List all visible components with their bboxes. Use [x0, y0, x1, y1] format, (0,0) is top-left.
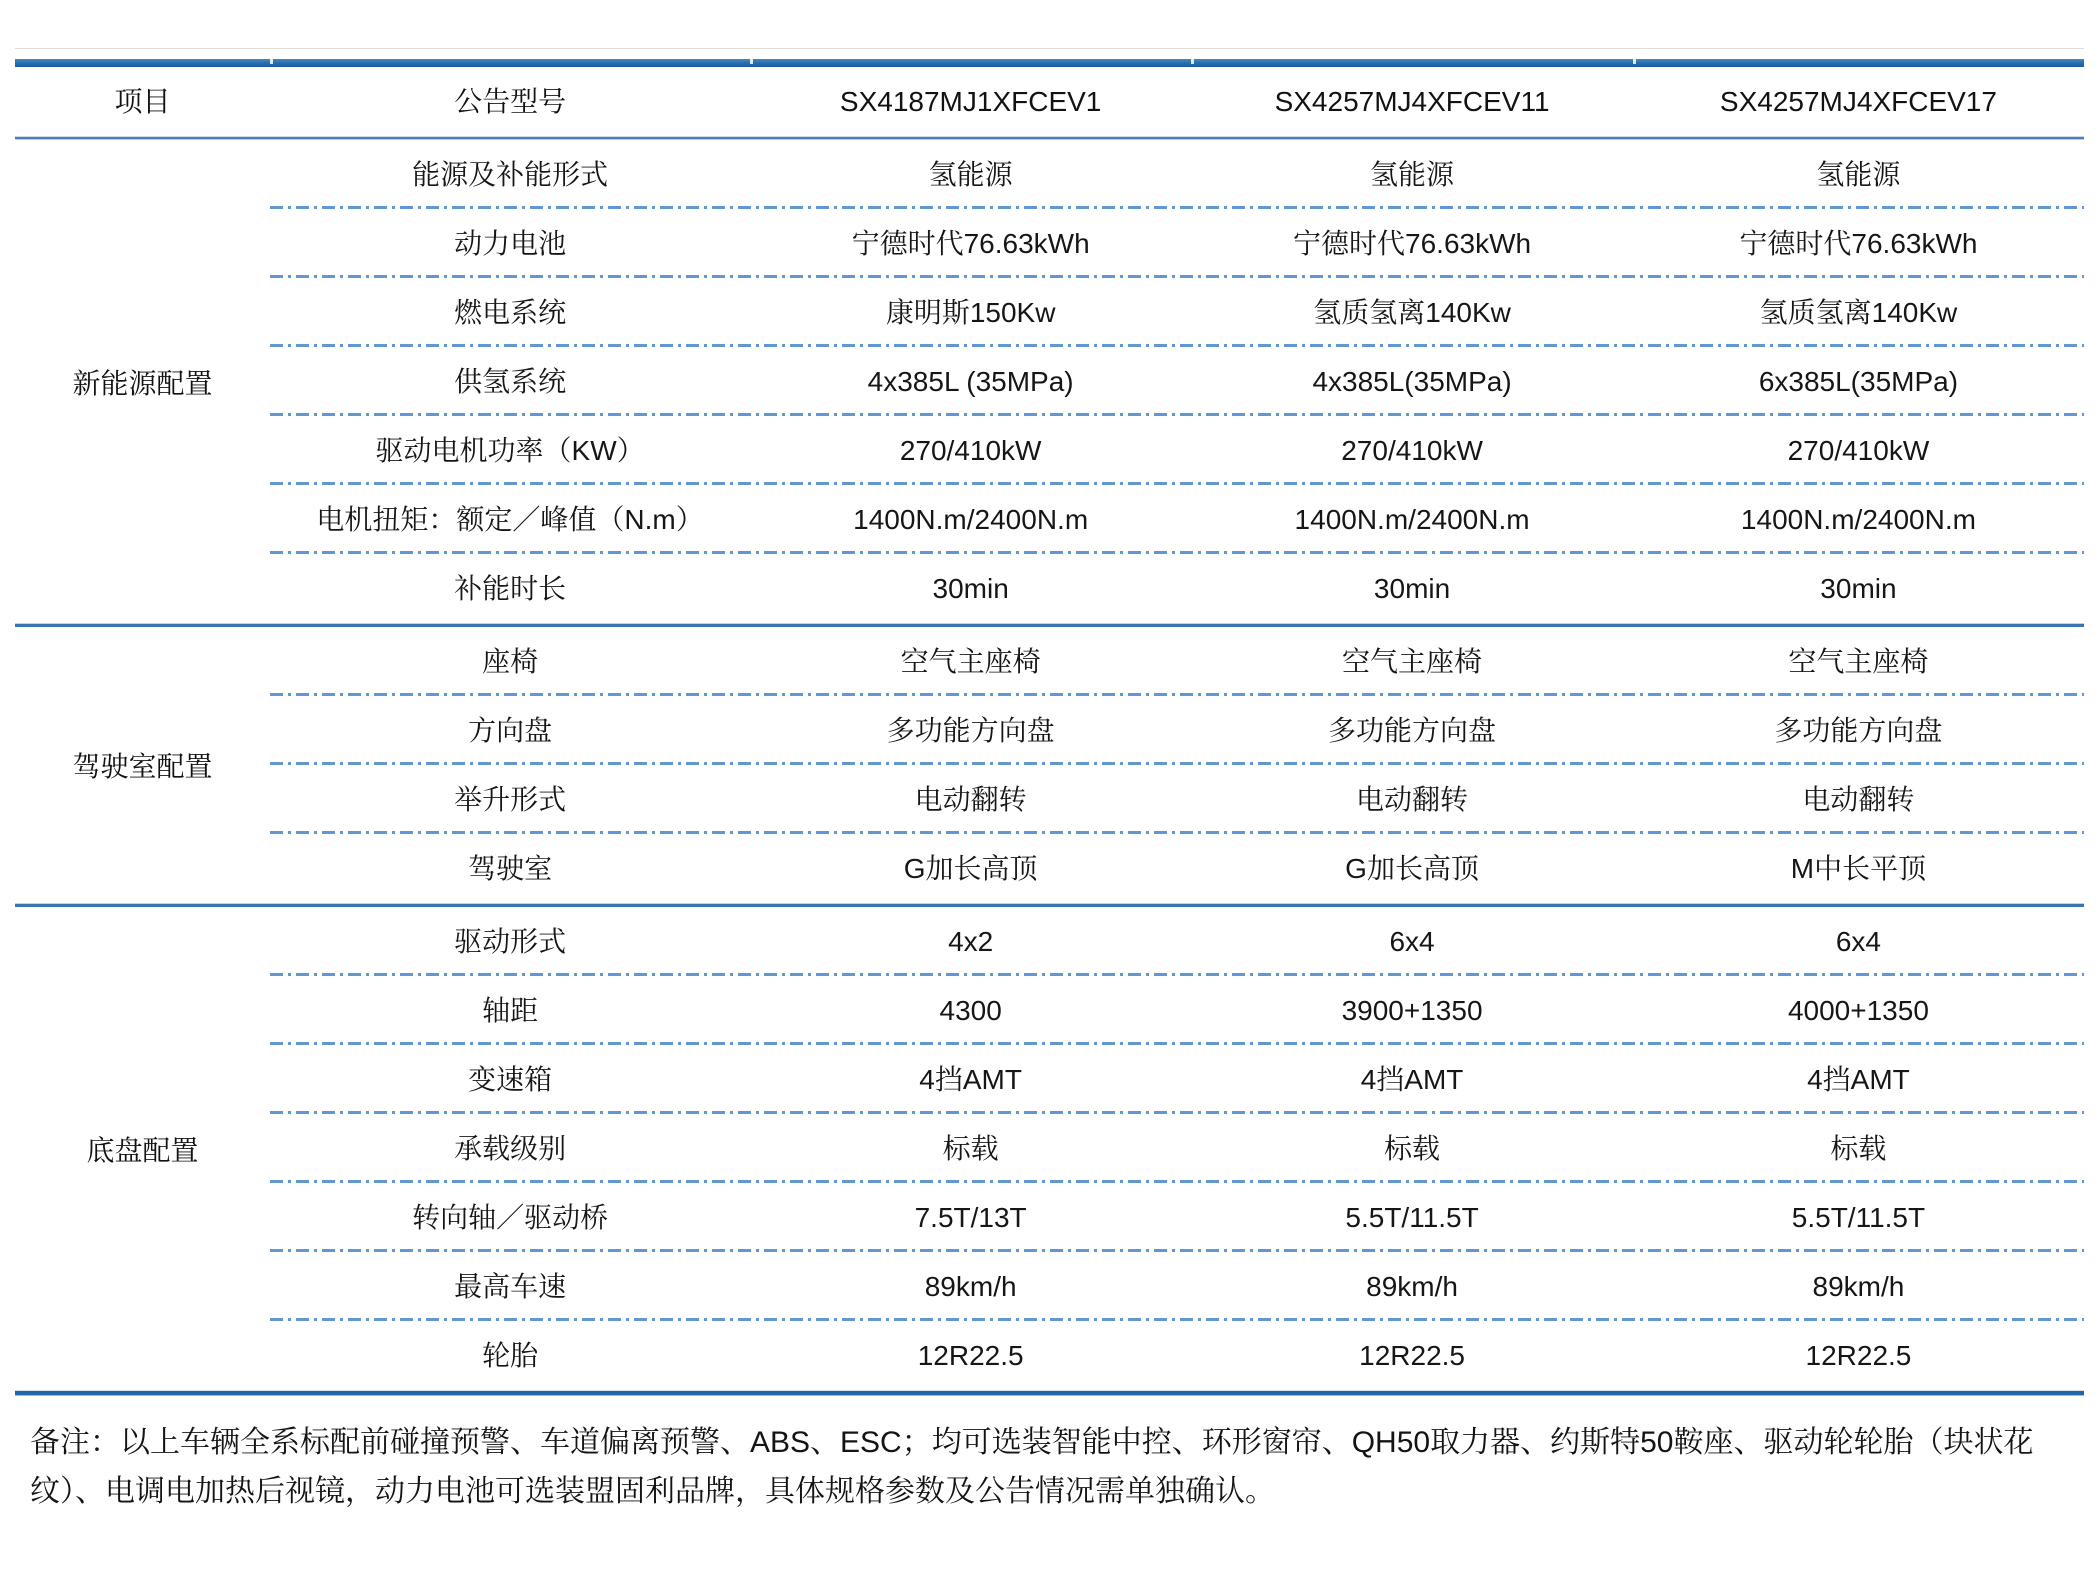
spec-value: 12R22.5 — [750, 1321, 1191, 1390]
spec-value: 30min — [1191, 554, 1633, 623]
spec-value: 4x385L (35MPa) — [750, 347, 1191, 416]
spec-value: 氢能源 — [1191, 140, 1633, 209]
spec-value: 氢质氢离140Kw — [1191, 278, 1633, 347]
spec-value: 标载 — [1633, 1114, 2084, 1183]
spec-value: 12R22.5 — [1191, 1321, 1633, 1390]
header-model-3: SX4257MJ4XFCEV17 — [1633, 67, 2084, 136]
spec-value: 宁德时代76.63kWh — [1191, 209, 1633, 278]
spec-row-label: 方向盘 — [270, 696, 750, 765]
spec-value: 空气主座椅 — [1633, 627, 2084, 696]
spec-row-label: 电机扭矩：额定／峰值（N.m） — [270, 485, 750, 554]
column-notch — [1191, 59, 1194, 64]
spec-value: 氢能源 — [1633, 140, 2084, 209]
spec-value: 电动翻转 — [750, 765, 1191, 834]
spec-value: 89km/h — [1633, 1252, 2084, 1321]
spec-row-label: 转向轴／驱动桥 — [270, 1183, 750, 1252]
header-item: 项目 — [15, 67, 270, 136]
spec-value: 电动翻转 — [1191, 765, 1633, 834]
spec-value: 4挡AMT — [1191, 1045, 1633, 1114]
spec-value: 5.5T/11.5T — [1633, 1183, 2084, 1252]
section-cab: 驾驶室配置 座椅空气主座椅空气主座椅空气主座椅方向盘多功能方向盘多功能方向盘多功… — [15, 627, 2084, 903]
spec-value: 270/410kW — [750, 416, 1191, 485]
spec-value: 4x2 — [750, 907, 1191, 976]
spec-value: 4挡AMT — [1633, 1045, 2084, 1114]
spec-value: 6x385L(35MPa) — [1633, 347, 2084, 416]
spec-value: 3900+1350 — [1191, 976, 1633, 1045]
spec-value: 6x4 — [1633, 907, 2084, 976]
spec-row-label: 承载级别 — [270, 1114, 750, 1183]
spec-value: 宁德时代76.63kWh — [1633, 209, 2084, 278]
spec-value: 270/410kW — [1633, 416, 2084, 485]
spec-row-label: 最高车速 — [270, 1252, 750, 1321]
section-chassis: 底盘配置 驱动形式4x26x46x4轴距43003900+13504000+13… — [15, 907, 2084, 1390]
spec-value: G加长高顶 — [750, 834, 1191, 903]
footnote: 备注：以上车辆全系标配前碰撞预警、车道偏离预警、ABS、ESC；均可选装智能中控… — [30, 1418, 2069, 1516]
spec-row-label: 变速箱 — [270, 1045, 750, 1114]
spec-value: 空气主座椅 — [1191, 627, 1633, 696]
header-model-1: SX4187MJ1XFCEV1 — [750, 67, 1191, 136]
spec-sheet-page: 项目 公告型号 SX4187MJ1XFCEV1 SX4257MJ4XFCEV11… — [0, 0, 2099, 1516]
spec-row-label: 驱动形式 — [270, 907, 750, 976]
spec-value: 4000+1350 — [1633, 976, 2084, 1045]
table-header-row: 项目 公告型号 SX4187MJ1XFCEV1 SX4257MJ4XFCEV11… — [15, 67, 2084, 136]
spec-value: 标载 — [750, 1114, 1191, 1183]
table-bottom-line — [15, 1390, 2084, 1396]
spec-row-label: 动力电池 — [270, 209, 750, 278]
section-label: 底盘配置 — [15, 907, 270, 1390]
table-top-bar — [15, 59, 2084, 67]
header-model-label: 公告型号 — [270, 67, 750, 136]
spec-value: 89km/h — [1191, 1252, 1633, 1321]
section-label: 驾驶室配置 — [15, 627, 270, 903]
spec-value: 康明斯150Kw — [750, 278, 1191, 347]
spec-value: 氢质氢离140Kw — [1633, 278, 2084, 347]
spec-value: 1400N.m/2400N.m — [1633, 485, 2084, 554]
spec-row-label: 补能时长 — [270, 554, 750, 623]
spec-value: 多功能方向盘 — [1633, 696, 2084, 765]
spec-value: 标载 — [1191, 1114, 1633, 1183]
header-model-2: SX4257MJ4XFCEV11 — [1191, 67, 1633, 136]
spec-value: 89km/h — [750, 1252, 1191, 1321]
spec-row-label: 轴距 — [270, 976, 750, 1045]
spec-row-label: 燃电系统 — [270, 278, 750, 347]
spec-value: G加长高顶 — [1191, 834, 1633, 903]
spec-row-label: 座椅 — [270, 627, 750, 696]
top-hairline — [15, 48, 2084, 49]
spec-value: 氢能源 — [750, 140, 1191, 209]
column-notch — [270, 59, 273, 64]
spec-row-label: 驱动电机功率（KW） — [270, 416, 750, 485]
spec-value: M中长平顶 — [1633, 834, 2084, 903]
spec-value: 5.5T/11.5T — [1191, 1183, 1633, 1252]
column-notch — [750, 59, 753, 64]
spec-value: 4x385L(35MPa) — [1191, 347, 1633, 416]
spec-value: 宁德时代76.63kWh — [750, 209, 1191, 278]
spec-value: 30min — [1633, 554, 2084, 623]
spec-row-label: 轮胎 — [270, 1321, 750, 1390]
spec-value: 7.5T/13T — [750, 1183, 1191, 1252]
spec-value: 空气主座椅 — [750, 627, 1191, 696]
spec-value: 270/410kW — [1191, 416, 1633, 485]
spec-value: 1400N.m/2400N.m — [750, 485, 1191, 554]
spec-value: 6x4 — [1191, 907, 1633, 976]
spec-row-label: 供氢系统 — [270, 347, 750, 416]
section-new-energy: 新能源配置 能源及补能形式氢能源氢能源氢能源动力电池宁德时代76.63kWh宁德… — [15, 140, 2084, 623]
spec-value: 1400N.m/2400N.m — [1191, 485, 1633, 554]
spec-value: 12R22.5 — [1633, 1321, 2084, 1390]
spec-value: 4300 — [750, 976, 1191, 1045]
spec-row-label: 驾驶室 — [270, 834, 750, 903]
spec-value: 30min — [750, 554, 1191, 623]
spec-value: 多功能方向盘 — [1191, 696, 1633, 765]
spec-row-label: 能源及补能形式 — [270, 140, 750, 209]
spec-row-label: 举升形式 — [270, 765, 750, 834]
spec-value: 多功能方向盘 — [750, 696, 1191, 765]
spec-value: 4挡AMT — [750, 1045, 1191, 1114]
column-notch — [1633, 59, 1636, 64]
section-label: 新能源配置 — [15, 140, 270, 623]
spec-value: 电动翻转 — [1633, 765, 2084, 834]
